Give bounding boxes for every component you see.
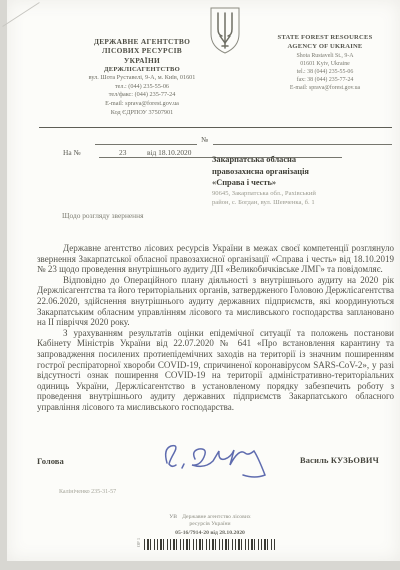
agency-name-en-line: AGENCY OF UKRAINE: [254, 43, 396, 52]
reply-reference-date: від 18.10.2020: [147, 148, 191, 157]
agency-email-en: E-mail: sprava@forest.gov.ua: [254, 84, 396, 92]
recipient-name-line: правозахисна організація: [212, 166, 394, 178]
barcode: [144, 539, 276, 550]
agency-name-line: ЛІСОВИХ РЕСУРСІВ: [49, 46, 235, 55]
agency-short-name: ДЕРЖЛІСАГЕНТСТВО: [49, 65, 235, 74]
recipient-name-line: Закарпатська обласна: [212, 154, 394, 166]
reply-reference-number: 23: [119, 148, 126, 157]
sender-block-ukrainian: ДЕРЖАВНЕ АГЕНТСТВО ЛІСОВИХ РЕСУРСІВ УКРА…: [49, 37, 235, 117]
agency-fax-en: fax: 38 (044) 235-77-24: [254, 76, 396, 84]
recipient-address-line: 90645, Закарпатська обл., Рахівський: [212, 189, 394, 198]
agency-fax: тел/факс: (044) 235-77-24: [49, 91, 235, 100]
stamp-org-line: Державне агентство лісових: [182, 514, 251, 520]
agency-edrpou-code: Код ЄДРПОУ 37507901: [49, 109, 235, 118]
agency-name-en-line: STATE FOREST RESOURCES: [254, 34, 396, 43]
scanned-letter-page: ДЕРЖАВНЕ АГЕНТСТВО ЛІСОВИХ РЕСУРСІВ УКРА…: [7, 0, 400, 561]
registration-stamp: УВДержавне агентство лісових ресурсів Ук…: [125, 514, 295, 550]
stamp-registration-number: 05-16/7914-20 від 28.10.2020: [125, 529, 295, 537]
sender-block-english: STATE FOREST RESOURCES AGENCY OF UKRAINE…: [254, 34, 396, 93]
stamp-org-line: ресурсів України: [125, 521, 295, 528]
agency-email: E-mail: sprava@forest.gov.ua: [49, 100, 235, 109]
barcode-wrap: ОР 1: [144, 539, 276, 550]
body-paragraph-1: Державне агентство лісових ресурсів Укра…: [37, 243, 394, 275]
recipient-block: Закарпатська обласна правозахисна органі…: [212, 154, 394, 208]
agency-name-line: УКРАЇНИ: [49, 56, 235, 65]
outgoing-number-blank: [95, 134, 197, 145]
executor-contact: Калініченко 235-31-57: [59, 489, 116, 495]
agency-name-line: ДЕРЖАВНЕ АГЕНТСТВО: [49, 37, 235, 46]
signer-title: Голова: [37, 456, 64, 466]
reply-to-label: На №: [63, 148, 81, 157]
signer-name: Василь КУЗЬОВИЧ: [300, 456, 379, 465]
recipient-name-line: «Справа і честь»: [212, 177, 394, 189]
barcode-side-label: ОР 1: [136, 538, 141, 547]
header-divider-rule: [39, 127, 392, 128]
scan-artifact-line: [2, 2, 39, 27]
letter-body: Державне агентство лісових ресурсів Укра…: [37, 243, 394, 413]
number-sign-label: №: [201, 135, 208, 144]
agency-address-en: Shota Rustaveli St., 9-A: [254, 52, 396, 60]
letter-subject: Щодо розгляду звернення: [62, 211, 143, 220]
body-paragraph-3: З урахуванням результатів оцінки епідемі…: [37, 328, 394, 413]
stamp-prefix: УВ: [169, 514, 177, 520]
agency-address: вул. Шота Руставелі, 9-А, м. Київ, 01601: [49, 74, 235, 83]
body-paragraph-2: Відповідно до Операційного плану діяльно…: [37, 275, 394, 328]
agency-phone-en: tel.: 38 (044) 235-55-06: [254, 68, 396, 76]
handwritten-signature: [155, 435, 283, 486]
outgoing-date-blank: [213, 134, 392, 145]
agency-city-en: 01601 Kyiv, Ukraine: [254, 60, 396, 68]
recipient-address-line: район, с. Богдан, вул. Шевченка, б. 1: [212, 198, 394, 207]
agency-phone: тел.: (044) 235-55-06: [49, 83, 235, 92]
